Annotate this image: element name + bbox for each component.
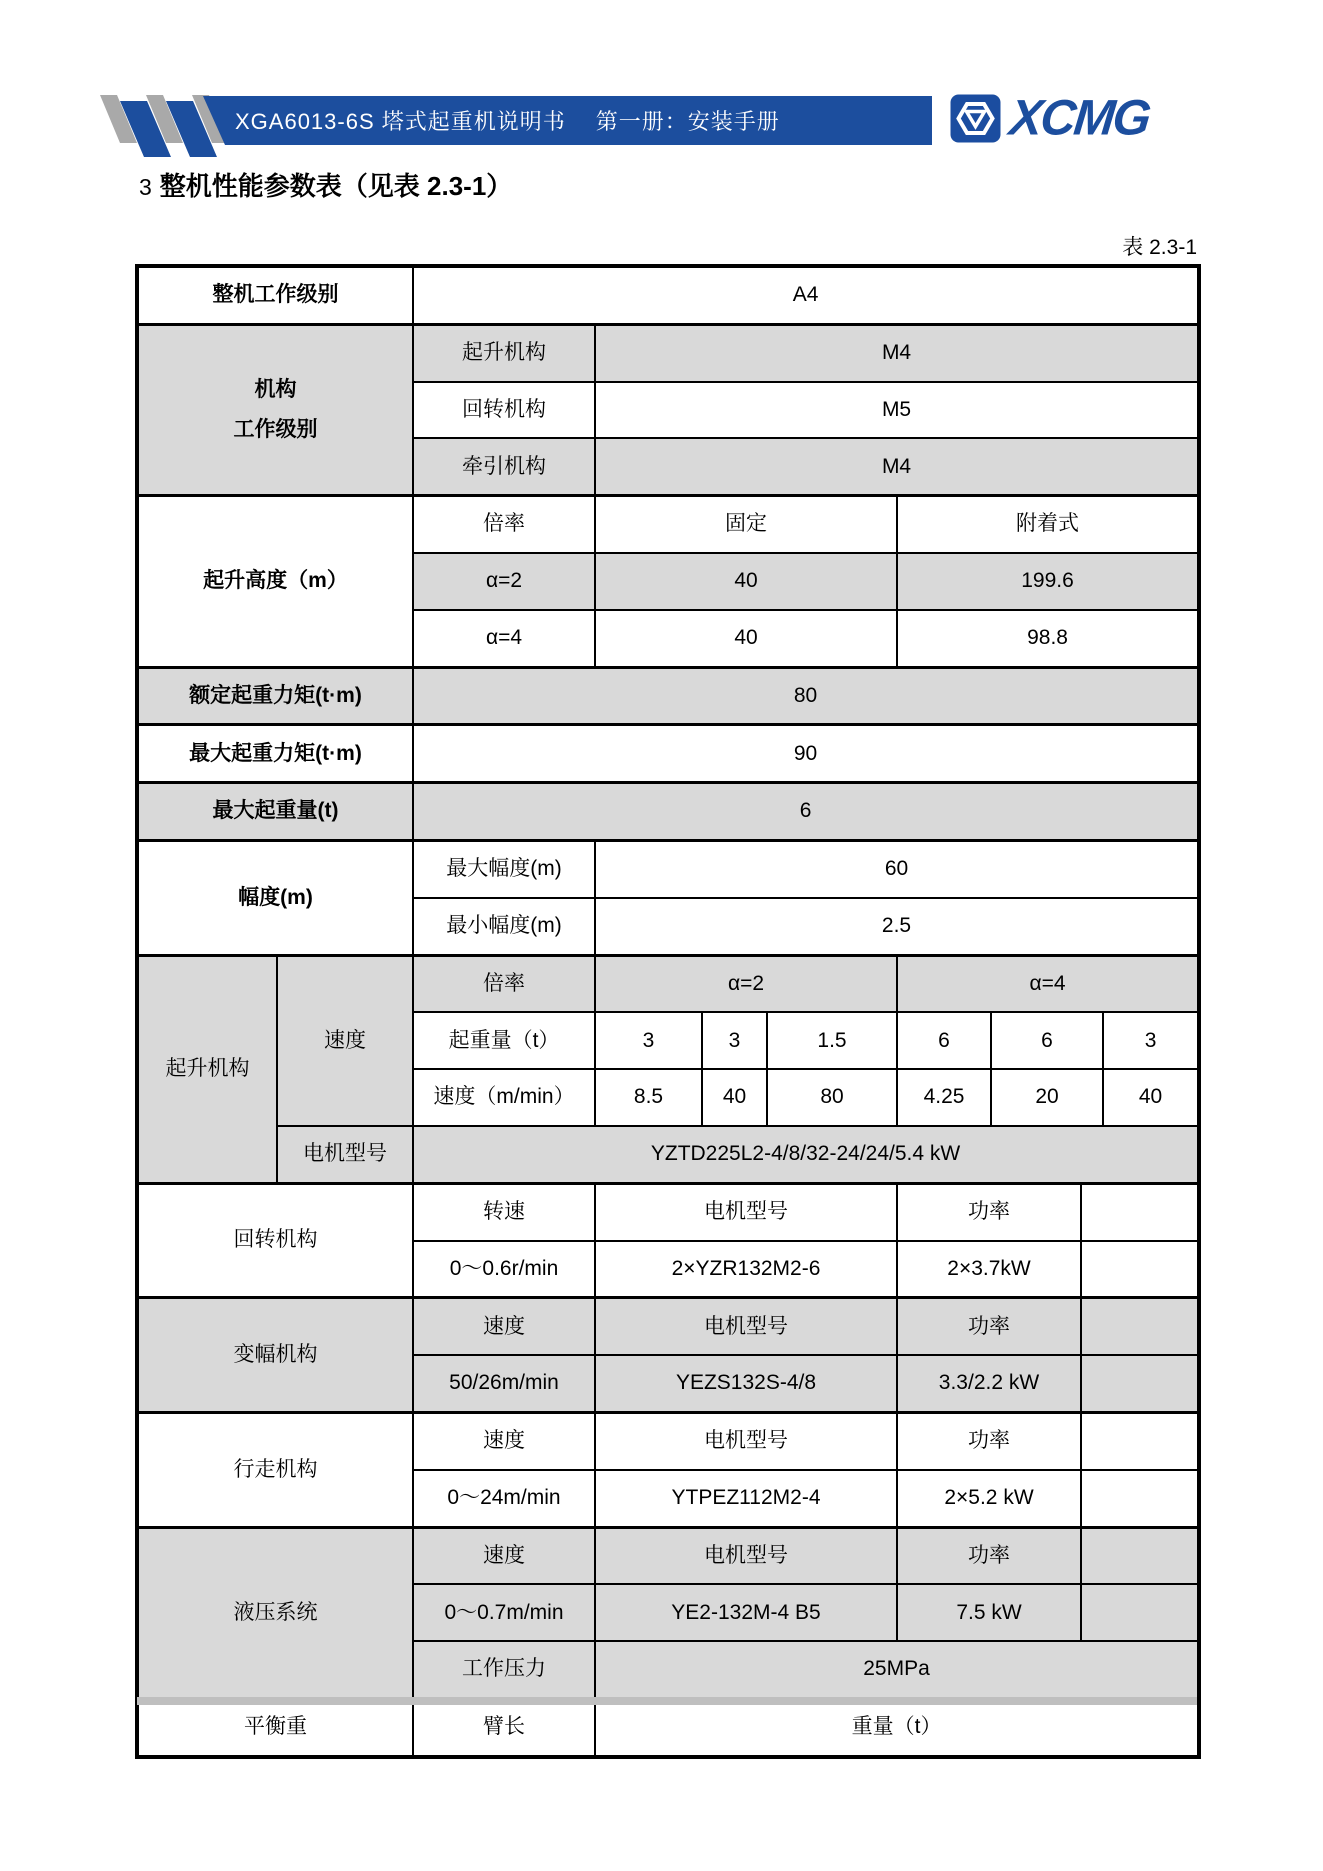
cell-capacity-v4: 6: [991, 1012, 1103, 1069]
cell-hoisting-a2-header: α=2: [595, 955, 897, 1012]
cell-hoisting-speed-row-label: 速度（m/min）: [413, 1069, 595, 1126]
cell-capacity-v5: 3: [1103, 1012, 1199, 1069]
spec-table: 整机工作级别 A4 机构 工作级别 起升机构 M4 回转机构 M5 牵引机构 M…: [135, 264, 1201, 1759]
cell-lh-a4-rate: α=4: [413, 610, 595, 667]
cell-max-capacity-label: 最大起重量(t): [137, 783, 413, 841]
cell-counterweight-c2: 重量（t）: [595, 1698, 1199, 1756]
mechanism-label-line2: 工作级别: [142, 417, 409, 443]
cell-speed-v5: 40: [1103, 1069, 1199, 1126]
cell-travel-h1: 速度: [413, 1412, 595, 1469]
cell-slewing-v2: 2×YZR132M2-6: [595, 1241, 897, 1298]
cell-lh-a2-attached: 199.6: [897, 553, 1199, 610]
cell-max-moment-label: 最大起重力矩(t·m): [137, 725, 413, 783]
cell-radius-max-value: 60: [595, 840, 1199, 897]
cell-pressure-value: 25MPa: [595, 1641, 1199, 1698]
cell-hydraulic-h1: 速度: [413, 1527, 595, 1584]
cell-luffing-h4-empty: [1081, 1298, 1199, 1355]
cell-traction-name: 牵引机构: [413, 438, 595, 495]
cell-radius-min-value: 2.5: [595, 898, 1199, 955]
manual-title: XGA6013-6S 塔式起重机说明书: [235, 109, 566, 134]
section-title-text: 整机性能参数表（见表 2.3-1）: [160, 171, 513, 201]
cell-travel-v4-empty: [1081, 1470, 1199, 1527]
cell-capacity-v2: 1.5: [767, 1012, 897, 1069]
cell-rated-moment-label: 额定起重力矩(t·m): [137, 667, 413, 725]
cell-traction-class: M4: [595, 438, 1199, 495]
mechanism-label-line1: 机构: [142, 377, 409, 403]
cell-travel-v3: 2×5.2 kW: [897, 1470, 1081, 1527]
cell-speed-v3: 4.25: [897, 1069, 991, 1126]
cell-hoisting-motor-label: 电机型号: [277, 1126, 413, 1183]
cell-counterweight-label: 平衡重: [137, 1698, 413, 1756]
cell-hoisting-capacity-label: 起重量（t）: [413, 1012, 595, 1069]
cell-slewing-h2: 电机型号: [595, 1183, 897, 1240]
cell-capacity-v0: 3: [595, 1012, 702, 1069]
cell-lh-fixed-header: 固定: [595, 496, 897, 553]
manual-volume: 第一册：安装手册: [596, 109, 780, 134]
cell-hoisting-motor-value: YZTD225L2-4/8/32-24/24/5.4 kW: [413, 1126, 1199, 1183]
cell-hydraulic-v1: 0～0.7m/min: [413, 1584, 595, 1641]
cell-slewing-h4-empty: [1081, 1183, 1199, 1240]
cell-pressure-label: 工作压力: [413, 1641, 595, 1698]
cell-lh-rate-header: 倍率: [413, 496, 595, 553]
cell-slewing-v3: 2×3.7kW: [897, 1241, 1081, 1298]
cell-lh-a2-fixed: 40: [595, 553, 897, 610]
cell-slewing-name: 回转机构: [413, 382, 595, 439]
cell-hoist-class: M4: [595, 324, 1199, 381]
cell-luffing-v1: 50/26m/min: [413, 1355, 595, 1412]
cell-lh-attached-header: 附着式: [897, 496, 1199, 553]
cell-travel-v1: 0～24m/min: [413, 1470, 595, 1527]
cell-travel-h3: 功率: [897, 1412, 1081, 1469]
xcmg-logo-text: XCMG: [1007, 93, 1151, 144]
header-banner: XGA6013-6S 塔式起重机说明书第一册：安装手册: [203, 96, 932, 145]
xcmg-logo-mark-icon: [950, 94, 1001, 143]
cell-hydraulic-h3: 功率: [897, 1527, 1081, 1584]
cell-lifting-height-label: 起升高度（m）: [137, 496, 413, 667]
cell-radius-label: 幅度(m): [137, 840, 413, 955]
cell-hoisting-speed-label: 速度: [277, 955, 413, 1126]
cell-overall-value: A4: [413, 266, 1199, 324]
cell-travel-h2: 电机型号: [595, 1412, 897, 1469]
cell-hydraulic-h4-empty: [1081, 1527, 1199, 1584]
cell-hoisting-label: 起升机构: [137, 955, 277, 1183]
cell-travel-h4-empty: [1081, 1412, 1199, 1469]
cell-speed-v4: 20: [991, 1069, 1103, 1126]
cell-speed-v0: 8.5: [595, 1069, 702, 1126]
cell-hydraulic-label: 液压系统: [137, 1527, 413, 1698]
cell-luffing-v4-empty: [1081, 1355, 1199, 1412]
cell-max-capacity-value: 6: [413, 783, 1199, 841]
cell-radius-min-label: 最小幅度(m): [413, 898, 595, 955]
cell-speed-v2: 80: [767, 1069, 897, 1126]
cell-slewing-h3: 功率: [897, 1183, 1081, 1240]
cell-speed-v1: 40: [702, 1069, 767, 1126]
footer-divider-bar: [137, 1697, 1197, 1705]
cell-mechanism-label: 机构 工作级别: [137, 324, 413, 495]
cell-travel-label: 行走机构: [137, 1412, 413, 1527]
cell-luffing-h2: 电机型号: [595, 1298, 897, 1355]
section-number: 3: [139, 174, 152, 200]
cell-rated-moment-value: 80: [413, 667, 1199, 725]
cell-hydraulic-v4-empty: [1081, 1584, 1199, 1641]
cell-overall-label: 整机工作级别: [137, 266, 413, 324]
cell-radius-max-label: 最大幅度(m): [413, 840, 595, 897]
cell-hydraulic-v2: YE2-132M-4 B5: [595, 1584, 897, 1641]
cell-lh-a4-attached: 98.8: [897, 610, 1199, 667]
cell-capacity-v1: 3: [702, 1012, 767, 1069]
cell-lh-a4-fixed: 40: [595, 610, 897, 667]
cell-slewing-v4-empty: [1081, 1241, 1199, 1298]
table-caption: 表 2.3-1: [897, 231, 1197, 261]
cell-hydraulic-h2: 电机型号: [595, 1527, 897, 1584]
cell-capacity-v3: 6: [897, 1012, 991, 1069]
cell-max-moment-value: 90: [413, 725, 1199, 783]
cell-hoisting-a4-header: α=4: [897, 955, 1199, 1012]
cell-hydraulic-v3: 7.5 kW: [897, 1584, 1081, 1641]
cell-slewing-mech-label: 回转机构: [137, 1183, 413, 1298]
header-banner-title: XGA6013-6S 塔式起重机说明书第一册：安装手册: [203, 105, 780, 136]
cell-hoist-name: 起升机构: [413, 324, 595, 381]
cell-luffing-h3: 功率: [897, 1298, 1081, 1355]
xcmg-logo: XCMG: [950, 93, 1149, 143]
cell-slewing-h1: 转速: [413, 1183, 595, 1240]
cell-luffing-label: 变幅机构: [137, 1298, 413, 1413]
cell-luffing-v2: YEZS132S-4/8: [595, 1355, 897, 1412]
cell-travel-v2: YTPEZ112M2-4: [595, 1470, 897, 1527]
cell-luffing-h1: 速度: [413, 1298, 595, 1355]
page-title: 3整机性能参数表（见表 2.3-1）: [139, 166, 512, 203]
cell-lh-a2-rate: α=2: [413, 553, 595, 610]
cell-hoisting-rate-header: 倍率: [413, 955, 595, 1012]
cell-luffing-v3: 3.3/2.2 kW: [897, 1355, 1081, 1412]
cell-slewing-v1: 0～0.6r/min: [413, 1241, 595, 1298]
cell-counterweight-c1: 臂长: [413, 1698, 595, 1756]
cell-slewing-class: M5: [595, 382, 1199, 439]
